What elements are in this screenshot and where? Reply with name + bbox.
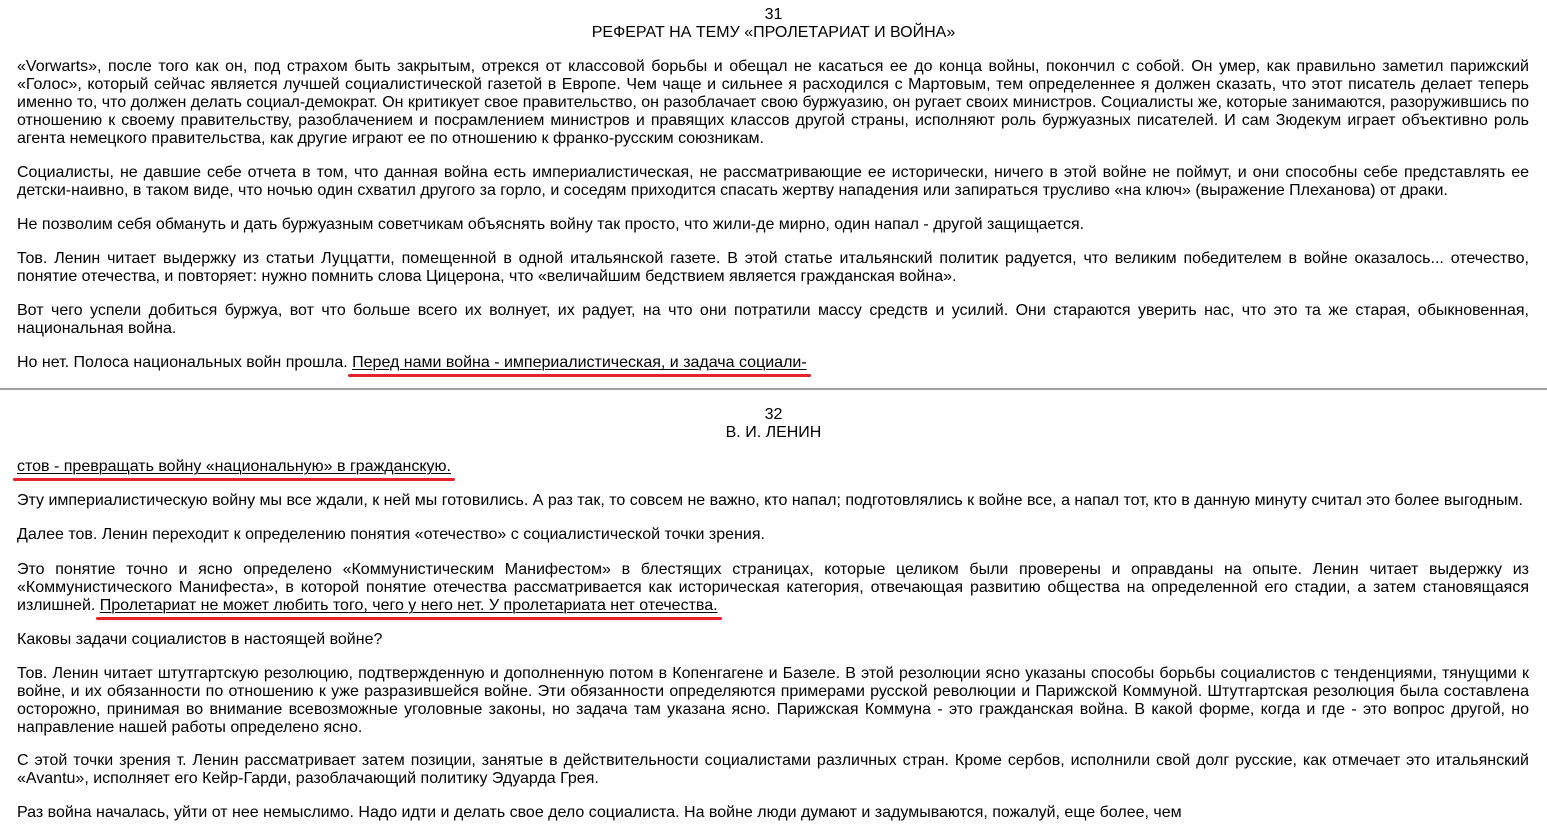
paragraph: Раз война началась, уйти от нее немыслим… (17, 804, 1529, 822)
page-divider (0, 388, 1547, 390)
highlighted-quote: Перед нами война - империалистическая, и… (352, 354, 807, 371)
paragraph: Тов. Ленин читает штутгартскую резолюцию… (17, 665, 1529, 737)
highlighted-quote: Пролетариат не может любить того, чего у… (100, 597, 718, 614)
paragraph: Вот чего успели добиться буржуа, вот что… (17, 302, 1529, 338)
paragraph: Эту империалистическую войну мы все ждал… (17, 492, 1529, 510)
paragraph-text: Но нет. Полоса национальных войн прошла. (17, 354, 352, 371)
page-number: 32 (0, 406, 1547, 424)
paragraph: Не позволим себя обмануть и дать буржуаз… (17, 216, 1529, 234)
paragraph: Тов. Ленин читает выдержку из статьи Луц… (17, 250, 1529, 286)
paragraph: «Vorwarts», после того как он, под страх… (17, 58, 1529, 148)
paragraph-highlighted: стов - превращать войну «национальную» в… (17, 458, 1529, 476)
page-title: В. И. ЛЕНИН (0, 424, 1547, 442)
paragraph: Социалисты, не давшие себе отчета в том,… (17, 164, 1529, 200)
paragraph-highlighted: Это понятие точно и ясно определено «Ком… (17, 561, 1529, 615)
paragraph-highlighted: Но нет. Полоса национальных войн прошла.… (17, 354, 1529, 372)
page-number: 31 (0, 6, 1547, 24)
paragraph: С этой точки зрения т. Ленин рассматрива… (17, 752, 1529, 788)
highlighted-quote: стов - превращать войну «национальную» в… (17, 458, 451, 475)
page-title: РЕФЕРАТ НА ТЕМУ «ПРОЛЕТАРИАТ И ВОЙНА» (0, 24, 1547, 42)
paragraph: Далее тов. Ленин переходит к определению… (17, 526, 1529, 544)
page-header: 31 РЕФЕРАТ НА ТЕМУ «ПРОЛЕТАРИАТ И ВОЙНА» (0, 6, 1547, 42)
paragraph: Каковы задачи социалистов в настоящей во… (17, 631, 1529, 649)
page-header: 32 В. И. ЛЕНИН (0, 406, 1547, 442)
